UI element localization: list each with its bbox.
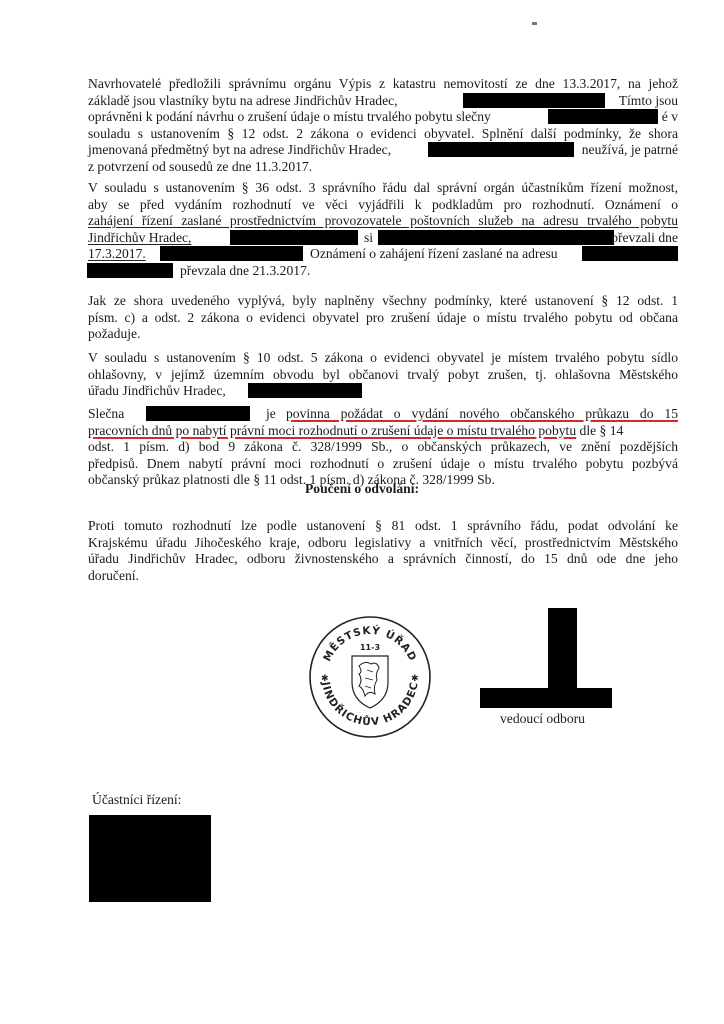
scan-speck: [532, 22, 537, 25]
participants-label: Účastníci řízení:: [92, 792, 181, 808]
redaction-box: [160, 246, 303, 261]
text-line: Jak ze shora uvedeného vyplývá, byly nap…: [88, 293, 678, 310]
text-line: Jindřichův Hradec, si převzali dne: [88, 230, 678, 247]
highlighted-obligation: povinna požádat o vydání nového občanské…: [286, 406, 678, 423]
text-line: jmenovaná předmětný byt na adrese Jindři…: [88, 142, 678, 159]
redaction-box: [463, 93, 605, 108]
text-line: úřadu Jindřichův Hradec,: [88, 383, 678, 400]
document-page: Navrhovatelé předložili správnímu orgánu…: [0, 0, 724, 1024]
signature-redaction: [480, 688, 612, 708]
text-line: odst. 1 písm. d) bod 9 zákona č. 328/199…: [88, 439, 678, 456]
text-line: doručení.: [88, 568, 678, 585]
text-line: Slečna je povinna požádat o vydání novéh…: [88, 406, 678, 423]
text-line: Krajskému úřadu Jihočeského kraje, odbor…: [88, 535, 678, 552]
redaction-box: [87, 263, 173, 278]
text-line: aby se před vydáním rozhodnutí ve věci v…: [88, 197, 678, 214]
text-line: požaduje.: [88, 326, 678, 343]
highlighted-obligation: pracovních dnů po nabytí právní moci roz…: [88, 423, 576, 438]
text-line: předpisů. Dnem nabytí právní moci rozhod…: [88, 456, 678, 473]
redaction-box: [548, 109, 658, 124]
text-line: V souladu s ustanovením § 36 odst. 3 spr…: [88, 180, 678, 197]
signature-redaction: [548, 608, 577, 692]
redaction-box: [146, 406, 250, 421]
text-line: souladu s ustanovením § 12 odst. 2 zákon…: [88, 126, 678, 143]
redaction-box: [230, 230, 358, 245]
paragraph-ownership: Navrhovatelé předložili správnímu orgánu…: [88, 76, 678, 176]
svg-text:✱: ✱: [411, 673, 419, 683]
text-line: V souladu s ustanovením § 10 odst. 5 zák…: [88, 350, 678, 367]
text-line: převzala dne 21.3.2017.: [88, 263, 678, 280]
text-line: oprávněni k podání návrhu o zrušení údaj…: [88, 109, 678, 126]
text-line: pracovních dnů po nabytí právní moci roz…: [88, 423, 678, 440]
svg-text:✱: ✱: [321, 673, 329, 683]
text-line: Navrhovatelé předložili správnímu orgánu…: [88, 76, 678, 93]
redaction-box: [378, 230, 614, 245]
paragraph-conditions: Jak ze shora uvedeného vyplývá, byly nap…: [88, 293, 678, 343]
signature-label: vedoucí odboru: [500, 711, 585, 727]
appeal-heading: Poučení o odvolání:: [0, 481, 724, 497]
svg-text:JINDŘICHŮV HRADEC: JINDŘICHŮV HRADEC: [319, 680, 421, 728]
text-line: z potvrzení od sousedů ze dne 11.3.2017.: [88, 159, 678, 176]
redaction-box: [582, 246, 678, 261]
text-line: ohlašovny, v jejímž územním obvodu byl o…: [88, 367, 678, 384]
text-line: 17.3.2017. Oznámení o zahájení řízení za…: [88, 246, 678, 263]
redaction-box: [248, 383, 362, 398]
paragraph-notification: V souladu s ustanovením § 36 odst. 3 spr…: [88, 180, 678, 280]
text-line: úřadu Jindřichův Hradec, odboru živnoste…: [88, 551, 678, 568]
svg-text:11-3: 11-3: [360, 643, 380, 652]
redaction-box: [428, 142, 574, 157]
official-stamp-icon: MĚSTSKÝ ÚŘAD JINDŘICHŮV HRADEC 11-3 ✱ ✱: [307, 614, 433, 740]
text-line: písm. c) a odst. 2 zákona o evidenci oby…: [88, 310, 678, 327]
paragraph-appeal-instructions: Proti tomuto rozhodnutí lze podle ustano…: [88, 518, 678, 584]
participants-redaction: [89, 815, 211, 902]
paragraph-id-card-obligation: Slečna je povinna požádat o vydání novéh…: [88, 406, 678, 489]
text-line: Proti tomuto rozhodnutí lze podle ustano…: [88, 518, 678, 535]
text-line: základě jsou vlastníky bytu na adrese Ji…: [88, 93, 678, 110]
paragraph-registry-office: V souladu s ustanovením § 10 odst. 5 zák…: [88, 350, 678, 400]
text-line: zahájení řízení zaslané prostřednictvím …: [88, 213, 678, 230]
